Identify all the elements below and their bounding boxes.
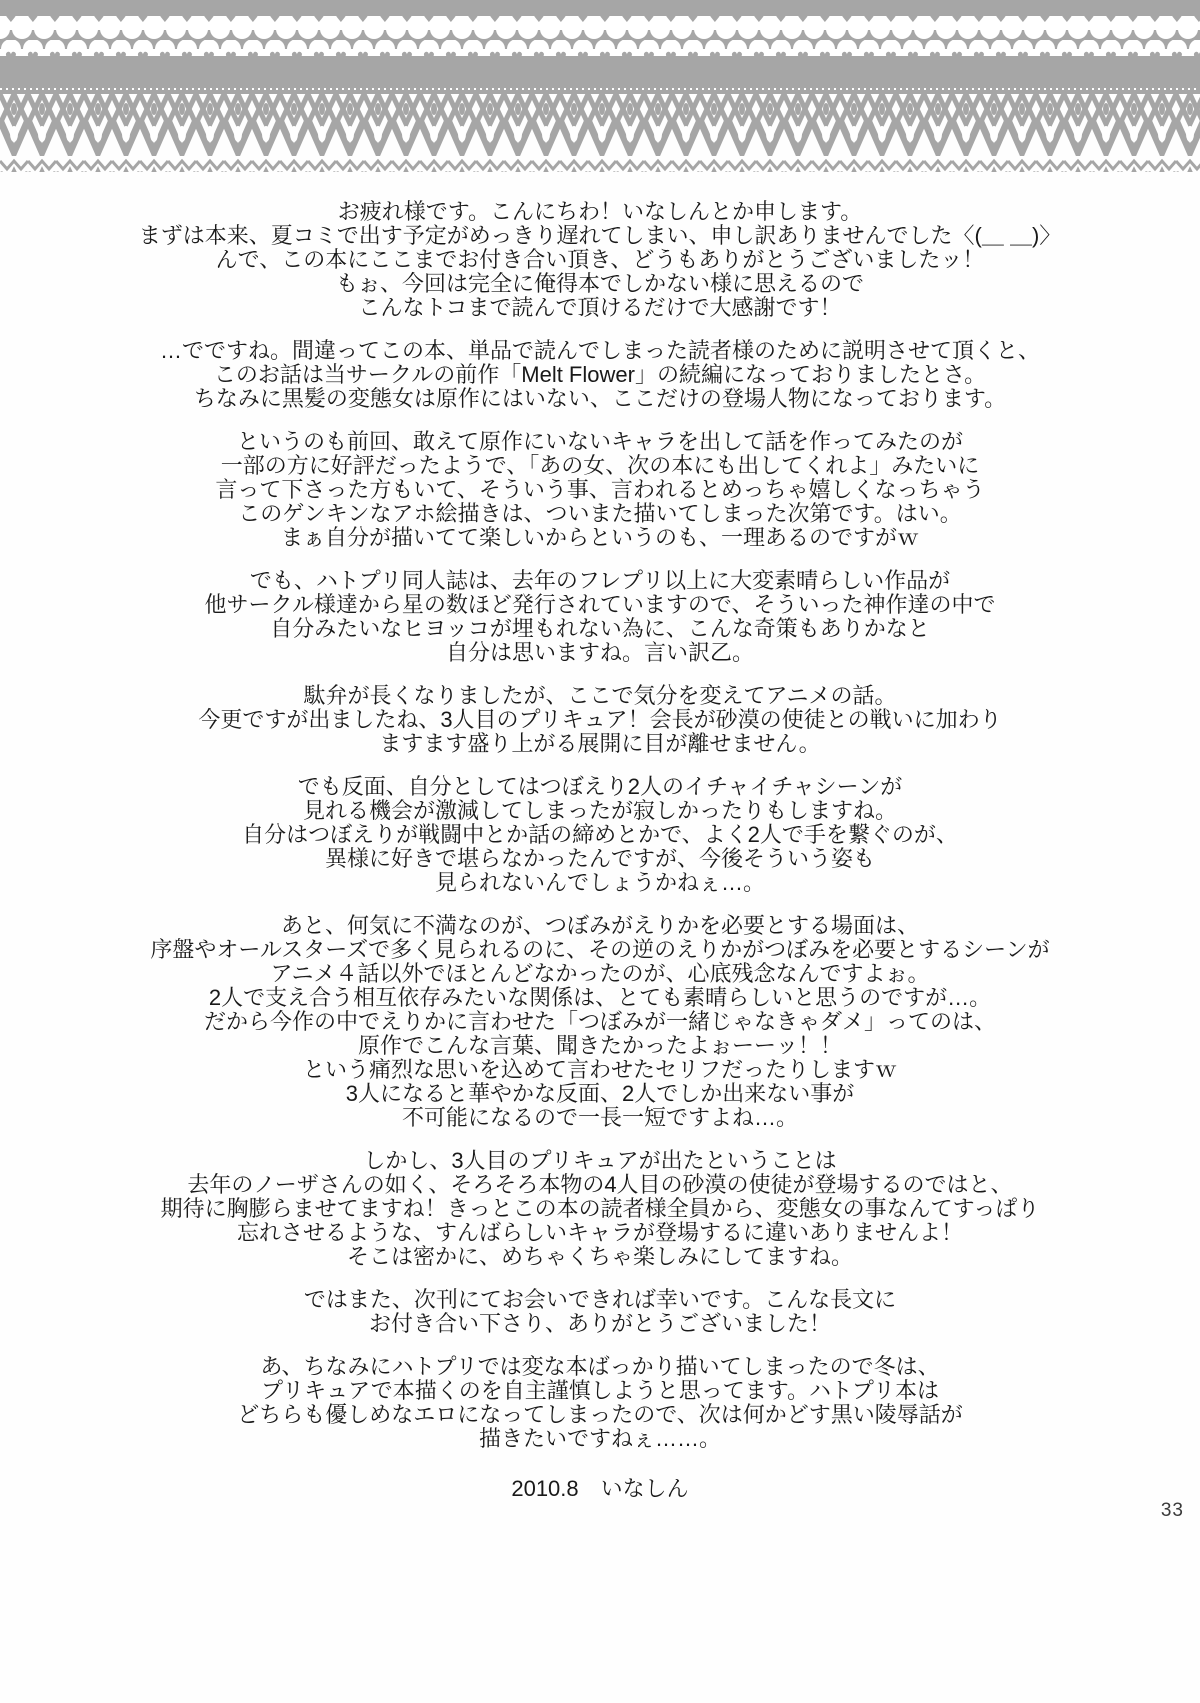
- text-line: んで、この本にここまでお付き合い頂き、どうもありがとうございましたッ！: [40, 248, 1160, 272]
- text-line: …でですね。間違ってこの本、単品で読んでしまった読者様のために説明させて頂くと、: [40, 339, 1160, 363]
- text-line: 自分は思いますね。言い訳乙。: [40, 641, 1160, 665]
- paragraph: お疲れ様です。こんにちわ！いなしんとか申します。まずは本来、夏コミで出す予定がめ…: [40, 200, 1160, 320]
- text-line: しかし、3人目のプリキュアが出たということは: [40, 1149, 1160, 1173]
- text-line: 不可能になるので一長一短ですよね…。: [40, 1106, 1160, 1130]
- signature: 2010.8 いなしん: [40, 1477, 1160, 1501]
- afterword-text: お疲れ様です。こんにちわ！いなしんとか申します。まずは本来、夏コミで出す予定がめ…: [0, 200, 1200, 1520]
- lace-border-bottom: [0, 1533, 1200, 1703]
- paragraph: …でですね。間違ってこの本、単品で読んでしまった読者様のために説明させて頂くと、…: [40, 339, 1160, 411]
- text-line: 見られないんでしょうかねぇ…。: [40, 871, 1160, 895]
- text-line: どちらも優しめなエロになってしまったので、次は何かどす黒い陵辱話が: [40, 1403, 1160, 1427]
- text-line: このゲンキンなアホ絵描きは、ついまた描いてしまった次第です。はい。: [40, 502, 1160, 526]
- lace-heart-ribbon-bottom-icon: [0, 1533, 1200, 1703]
- text-line: まぁ自分が描いてて楽しいからというのも、一理あるのですがｗ: [40, 526, 1160, 550]
- text-line: 原作でこんな言葉、聞きたかったよぉーーッ！！: [40, 1034, 1160, 1058]
- text-line: 自分はつぼえりが戦闘中とか話の締めとかで、よく2人で手を繋ぐのが、: [40, 823, 1160, 847]
- paragraph: しかし、3人目のプリキュアが出たということは去年のノーザさんの如く、そろそろ本物…: [40, 1149, 1160, 1269]
- text-line: 2人で支え合う相互依存みたいな関係は、とても素晴らしいと思うのですが…。: [40, 986, 1160, 1010]
- paragraph: でも、ハトプリ同人誌は、去年のフレプリ以上に大変素晴らしい作品が他サークル様達か…: [40, 569, 1160, 665]
- text-line: 去年のノーザさんの如く、そろそろ本物の4人目の砂漠の使徒が登場するのではと、: [40, 1173, 1160, 1197]
- paragraph: ではまた、次刊にてお会いできれば幸いです。こんな長文にお付き合い下さり、ありがと…: [40, 1288, 1160, 1336]
- text-line: プリキュアで本描くのを自主謹慎しようと思ってます。ハトプリ本は: [40, 1379, 1160, 1403]
- text-line: 描きたいですねぇ……。: [40, 1427, 1160, 1451]
- text-line: 駄弁が長くなりましたが、ここで気分を変えてアニメの話。: [40, 684, 1160, 708]
- lace-heart-ribbon-top-icon: ♥: [0, 0, 1200, 175]
- paragraph: あと、何気に不満なのが、つぼみがえりかを必要とする場面は、序盤やオールスターズで…: [40, 914, 1160, 1130]
- text-line: 他サークル様達から星の数ほど発行されていますので、そういった神作達の中で: [40, 593, 1160, 617]
- paragraph: 駄弁が長くなりましたが、ここで気分を変えてアニメの話。今更ですが出ましたね、3人…: [40, 684, 1160, 756]
- text-line: 一部の方に好評だったようで、「あの女、次の本にも出してくれよ」みたいに: [40, 454, 1160, 478]
- text-line: 自分みたいなヒヨッコが埋もれない為に、こんな奇策もありかなと: [40, 617, 1160, 641]
- text-line: という痛烈な思いを込めて言わせたセリフだったりしますｗ: [40, 1058, 1160, 1082]
- text-line: お疲れ様です。こんにちわ！いなしんとか申します。: [40, 200, 1160, 224]
- text-line: 今更ですが出ましたね、3人目のプリキュア！会長が砂漠の使徒との戦いに加わり: [40, 708, 1160, 732]
- scanned-page: ♥ お疲れ様です。こんにちわ！いなしんとか申します。まずは本来、夏コミで出す予定…: [0, 0, 1200, 1703]
- text-line: 異様に好きで堪らなかったんですが、今後そういう姿も: [40, 847, 1160, 871]
- text-line: もぉ、今回は完全に俺得本でしかない様に思えるので: [40, 272, 1160, 296]
- text-line: ますます盛り上がる展開に目が離せません。: [40, 732, 1160, 756]
- paragraph: でも反面、自分としてはつぼえり2人のイチャイチャシーンが見れる機会が激減してしま…: [40, 775, 1160, 895]
- text-line: あ、ちなみにハトプリでは変な本ばっかり描いてしまったので冬は、: [40, 1355, 1160, 1379]
- text-line: だから今作の中でえりかに言わせた「つぼみが一緒じゃなきゃダメ」ってのは、: [40, 1010, 1160, 1034]
- text-line: 3人になると華やかな反面、2人でしか出来ない事が: [40, 1082, 1160, 1106]
- text-line: でも、ハトプリ同人誌は、去年のフレプリ以上に大変素晴らしい作品が: [40, 569, 1160, 593]
- text-line: 見れる機会が激減してしまったが寂しかったりもしますね。: [40, 799, 1160, 823]
- paragraph: あ、ちなみにハトプリでは変な本ばっかり描いてしまったので冬は、プリキュアで本描く…: [40, 1355, 1160, 1451]
- text-line: ではまた、次刊にてお会いできれば幸いです。こんな長文に: [40, 1288, 1160, 1312]
- text-line: お付き合い下さり、ありがとうございました！: [40, 1312, 1160, 1336]
- page-number: 33: [1161, 1500, 1184, 1522]
- text-line: というのも前回、敢えて原作にいないキャラを出して話を作ってみたのが: [40, 430, 1160, 454]
- text-line: そこは密かに、めちゃくちゃ楽しみにしてますね。: [40, 1245, 1160, 1269]
- text-line: 序盤やオールスターズで多く見られるのに、その逆のえりかがつぼみを必要とするシーン…: [40, 938, 1160, 962]
- text-line: こんなトコまで読んで頂けるだけで大感謝です！: [40, 296, 1160, 320]
- text-line: あと、何気に不満なのが、つぼみがえりかを必要とする場面は、: [40, 914, 1160, 938]
- text-line: 忘れさせるような、すんばらしいキャラが登場するに違いありませんよ！: [40, 1221, 1160, 1245]
- text-line: ちなみに黒髪の変態女は原作にはいない、ここだけの登場人物になっております。: [40, 387, 1160, 411]
- text-line: アニメ４話以外でほとんどなかったのが、心底残念なんですよぉ。: [40, 962, 1160, 986]
- text-line: まずは本来、夏コミで出す予定がめっきり遅れてしまい、申し訳ありませんでした〈(＿…: [40, 224, 1160, 248]
- paragraph: というのも前回、敢えて原作にいないキャラを出して話を作ってみたのが一部の方に好評…: [40, 430, 1160, 550]
- text-line: このお話は当サークルの前作「Melt Flower」の続編になっておりましたとさ…: [40, 363, 1160, 387]
- text-line: 期待に胸膨らませてますね！きっとこの本の読者様全員から、変態女の事なんてすっぱり: [40, 1197, 1160, 1221]
- text-line: でも反面、自分としてはつぼえり2人のイチャイチャシーンが: [40, 775, 1160, 799]
- lace-border-top: ♥: [0, 0, 1200, 175]
- text-line: 言って下さった方もいて、そういう事、言われるとめっちゃ嬉しくなっちゃう: [40, 478, 1160, 502]
